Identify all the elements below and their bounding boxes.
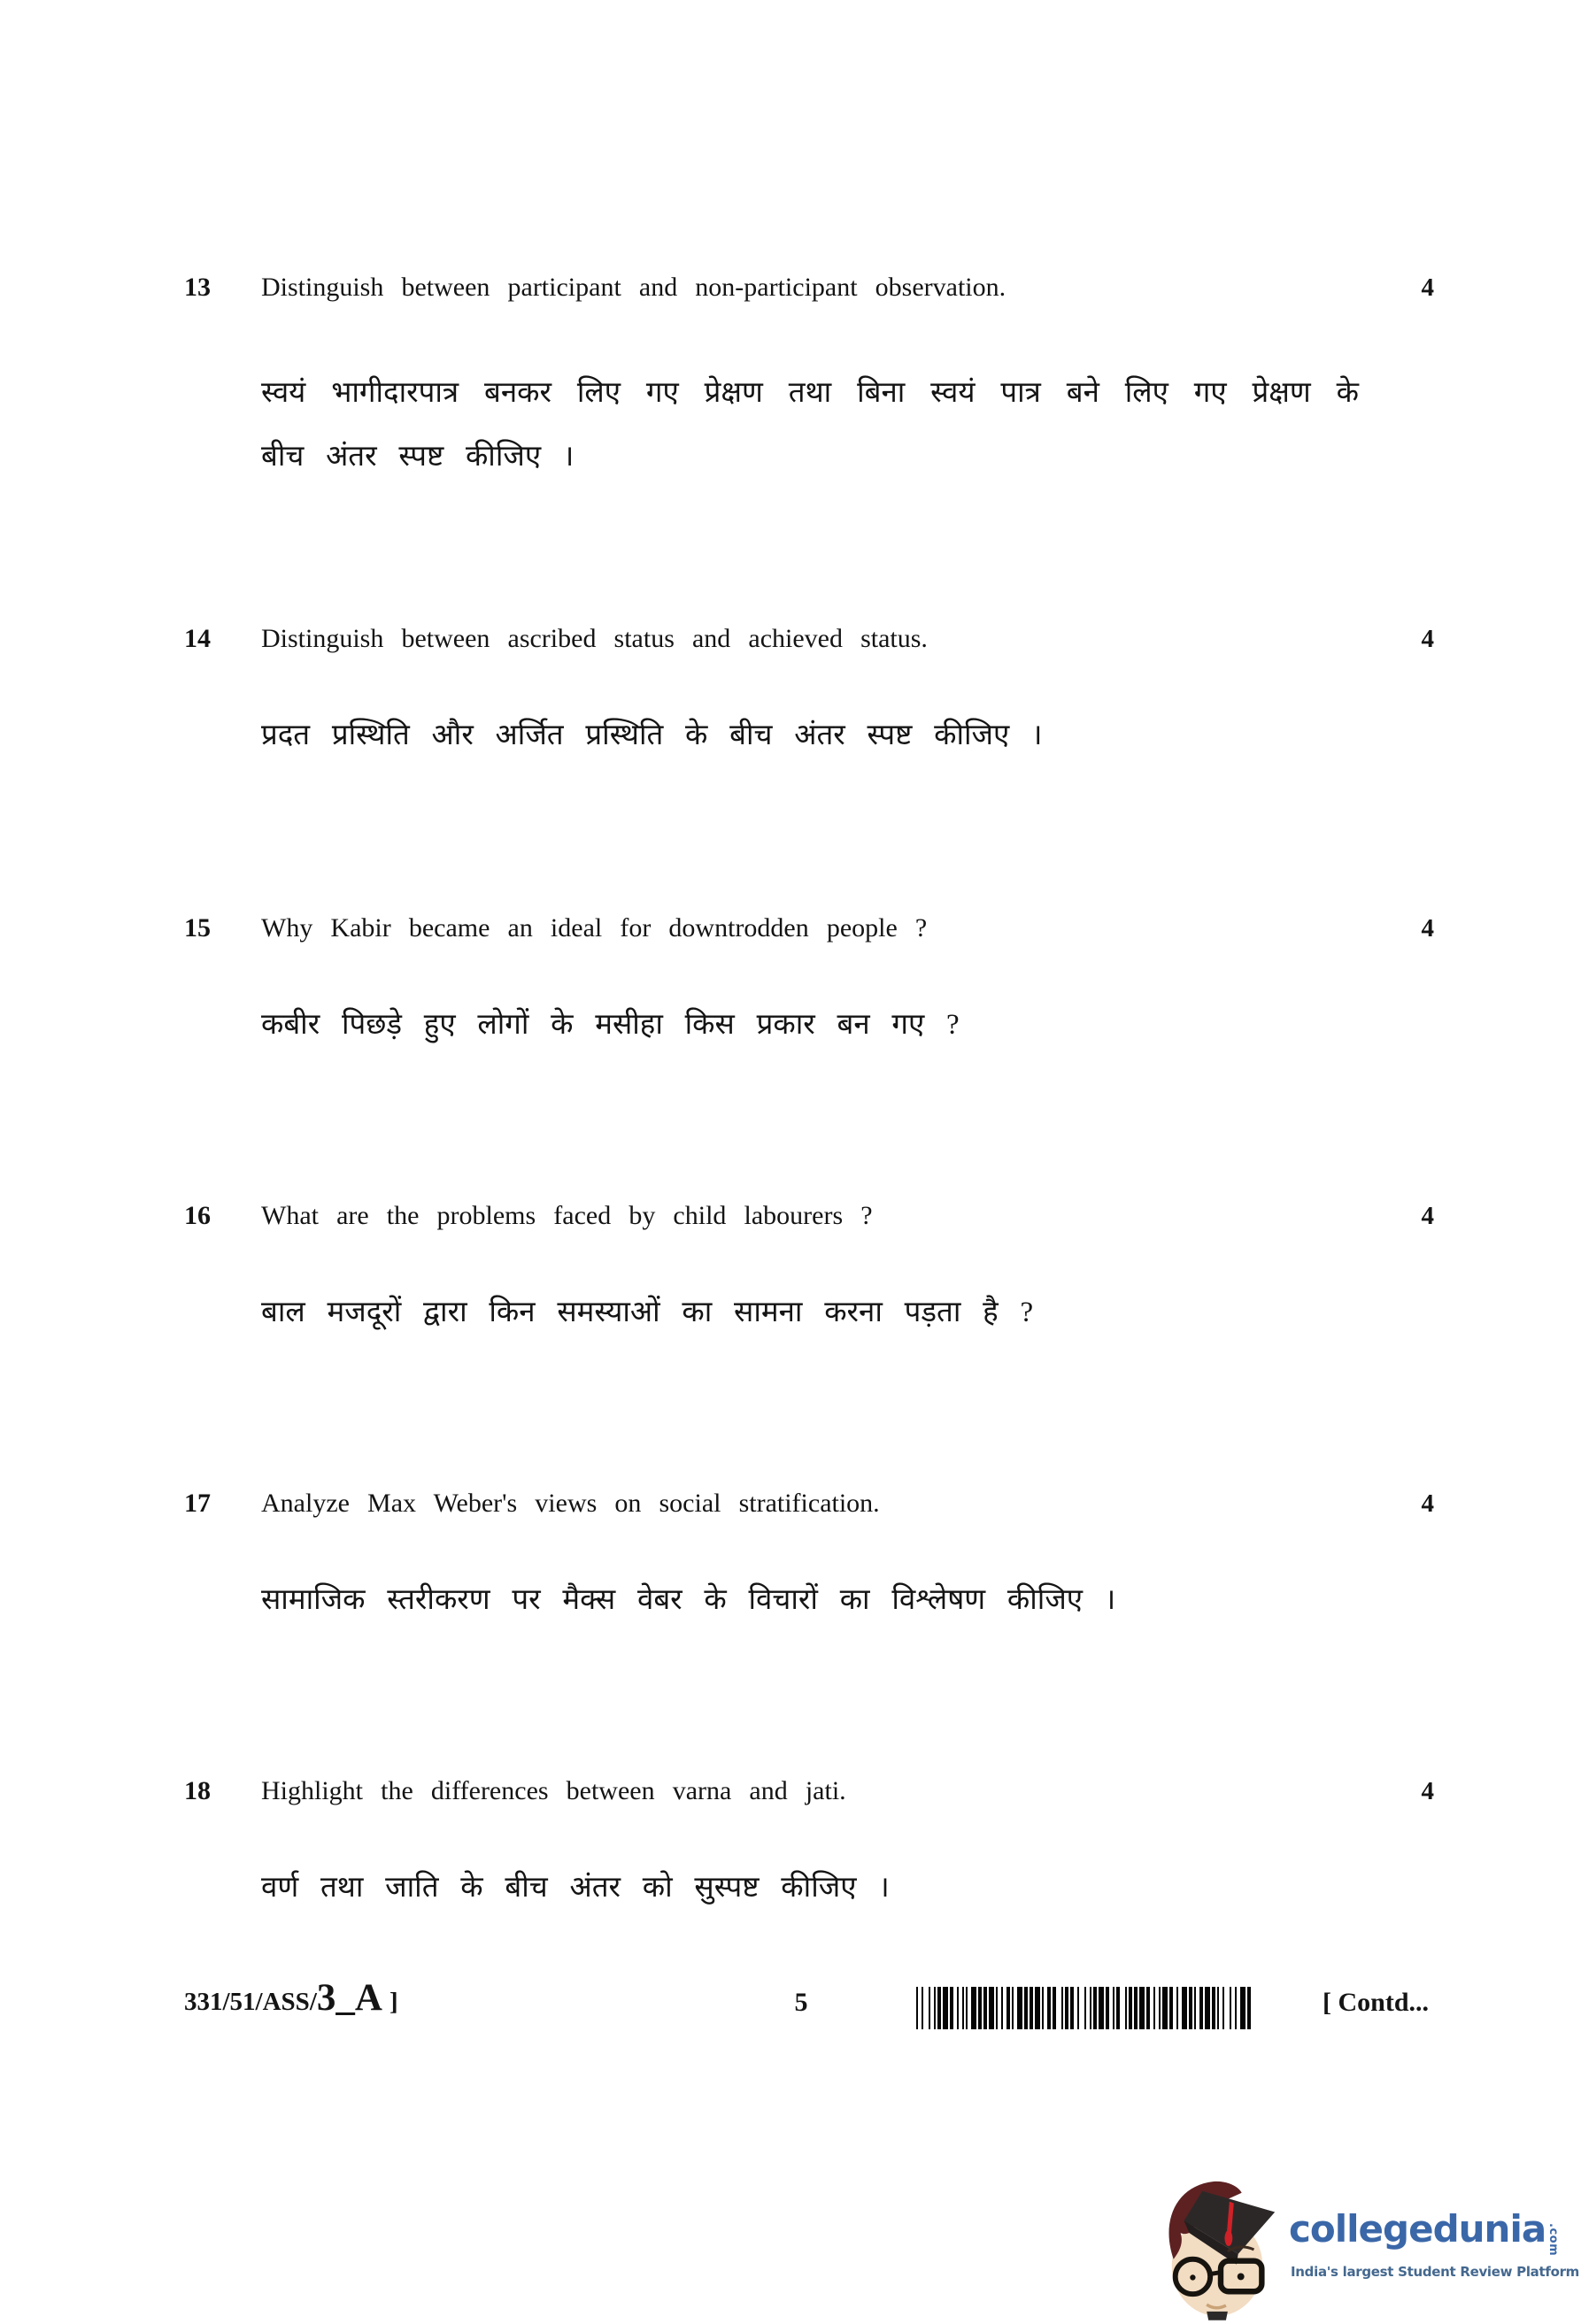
question-marks: 4 bbox=[1422, 273, 1435, 303]
question-text-hindi: प्रदत प्रस्थिति और अर्जित प्रस्थिति के ब… bbox=[261, 704, 1359, 767]
question-text-hindi: स्वयं भागीदारपात्र बनकर लिए गए प्रेक्षण … bbox=[261, 361, 1359, 489]
question-text-english: Distinguish between ascribed status and … bbox=[261, 624, 1434, 654]
question-number: 17 bbox=[184, 1489, 211, 1519]
question-row: 15 Why Kabir became an ideal for downtro… bbox=[184, 913, 1434, 943]
question-row: 17 Analyze Max Weber's views on social s… bbox=[184, 1489, 1434, 1519]
question-number: 13 bbox=[184, 273, 211, 303]
question-number: 18 bbox=[184, 1776, 211, 1806]
exam-page: 13 Distinguish between participant and n… bbox=[0, 0, 1581, 2324]
brand-name: collegedunia bbox=[1289, 2211, 1546, 2248]
question-text-english: Distinguish between participant and non-… bbox=[261, 273, 1434, 303]
question-text-hindi: कबीर पिछड़े हुए लोगों के मसीहा किस प्रका… bbox=[261, 993, 1359, 1057]
barcode bbox=[916, 1987, 1251, 2029]
question-number: 15 bbox=[184, 913, 211, 943]
question-marks: 4 bbox=[1422, 1777, 1435, 1806]
question-row: 16 What are the problems faced by child … bbox=[184, 1201, 1434, 1231]
paper-code-prefix: 331/51/ASS/ bbox=[184, 1988, 317, 2016]
question-number: 16 bbox=[184, 1201, 211, 1231]
question-text-english: Analyze Max Weber's views on social stra… bbox=[261, 1489, 1434, 1519]
paper-code-suffix: 3_A bbox=[317, 1977, 382, 2019]
question-text-english: Why Kabir became an ideal for downtrodde… bbox=[261, 913, 1434, 943]
question-row: 13 Distinguish between participant and n… bbox=[184, 273, 1434, 303]
collegedunia-mascot-icon bbox=[1154, 2163, 1285, 2320]
page-number: 5 bbox=[748, 1988, 854, 2018]
question-text-english: What are the problems faced by child lab… bbox=[261, 1201, 1434, 1231]
paper-code-bracket: ] bbox=[389, 1988, 398, 2016]
question-number: 14 bbox=[184, 624, 211, 654]
question-text-hindi: वर्ण तथा जाति के बीच अंतर को सुस्पष्ट की… bbox=[261, 1856, 1359, 1920]
question-text-hindi: सामाजिक स्तरीकरण पर मैक्स वेबर के विचारो… bbox=[261, 1568, 1359, 1632]
question-marks: 4 bbox=[1422, 1202, 1435, 1231]
question-row: 14 Distinguish between ascribed status a… bbox=[184, 624, 1434, 654]
question-text-hindi: बाल मजदूरों द्वारा किन समस्याओं का सामना… bbox=[261, 1281, 1359, 1344]
question-text-english: Highlight the differences between varna … bbox=[261, 1776, 1434, 1806]
collegedunia-logo: collegedunia .com India's largest Studen… bbox=[1138, 2159, 1581, 2324]
question-marks: 4 bbox=[1422, 1489, 1435, 1519]
brand-tld: .com bbox=[1546, 2223, 1560, 2256]
question-marks: 4 bbox=[1422, 914, 1435, 943]
question-row: 18 Highlight the differences between var… bbox=[184, 1776, 1434, 1806]
contd-label: [ Contd... bbox=[1323, 1988, 1429, 2018]
paper-code: 331/51/ASS/3_A] bbox=[184, 1976, 398, 2020]
brand-row: collegedunia .com bbox=[1289, 2211, 1560, 2256]
brand-tagline: India's largest Student Review Platform bbox=[1291, 2264, 1579, 2280]
question-marks: 4 bbox=[1422, 625, 1435, 654]
